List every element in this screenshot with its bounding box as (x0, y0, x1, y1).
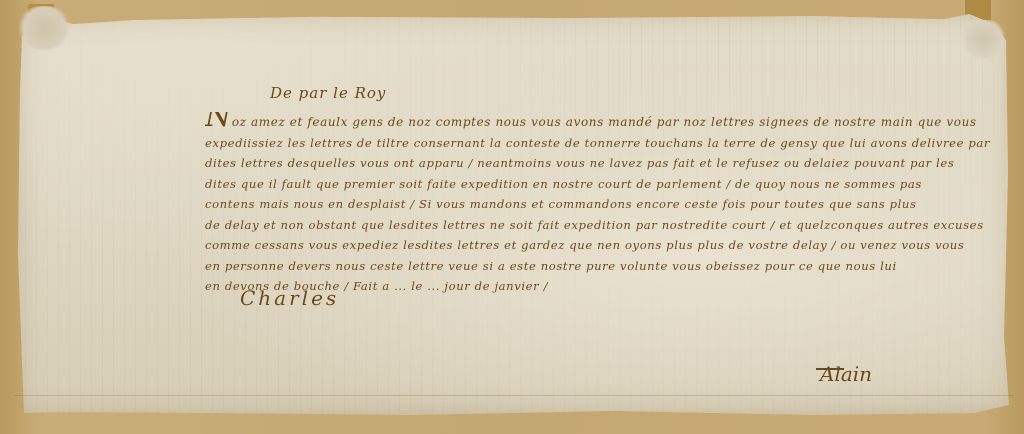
body-line: contens mais nous en desplaist / Si vous… (205, 194, 995, 215)
body-line: comme cessans vous expediez lesdites let… (205, 235, 995, 256)
letter-heading: De par le Roy (270, 84, 386, 102)
seal-remnant-top-left (18, 6, 70, 50)
letter-body: Noz amez et feaulx gens de noz comptes n… (205, 112, 995, 297)
body-line: en personne devers nous ceste lettre veu… (205, 256, 995, 277)
fold-line (14, 395, 1014, 396)
body-line: de delay et non obstant que lesdites let… (205, 215, 995, 236)
seal-remnant-top-right (962, 20, 1006, 58)
body-line: expediissiez les lettres de tiltre conse… (205, 133, 995, 154)
body-line: dites lettres desquelles vous ont apparu… (205, 153, 995, 174)
secretary-signature: Alain (820, 362, 872, 386)
body-line: Noz amez et feaulx gens de noz comptes n… (205, 112, 995, 133)
body-line: dites que il fault que premier soit fait… (205, 174, 995, 195)
royal-signature: Charles (240, 286, 339, 310)
